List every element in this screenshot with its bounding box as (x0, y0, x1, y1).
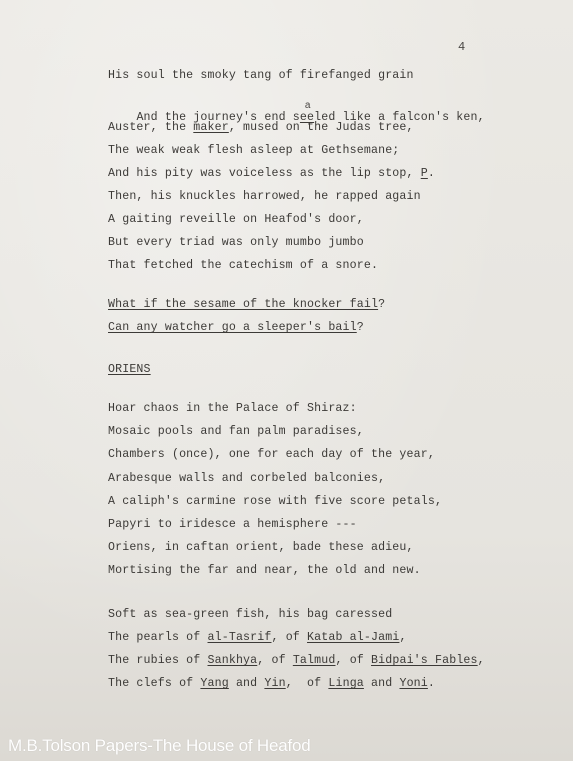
poem-line: Arabesque walls and corbeled balconies, (108, 472, 385, 485)
poem-line: The pearls of al-Tasrif, of Katab al-Jam… (108, 631, 407, 644)
poem-line: And his pity was voiceless as the lip st… (108, 167, 435, 180)
poem-line: Then, his knuckles harrowed, he rapped a… (108, 190, 421, 203)
couplet-line: What if the sesame of the knocker fail? (108, 298, 385, 311)
underlined-word: P (421, 167, 428, 180)
underlined-title: al-Tasrif (208, 631, 272, 644)
text-segment: . (428, 677, 435, 690)
underlined-word: Yang (200, 677, 228, 690)
text-segment: . (428, 167, 435, 180)
underlined-phrase: What if the sesame of the knocker fail (108, 298, 378, 311)
poem-line: Mortising the far and near, the old and … (108, 564, 421, 577)
poem-line: Papyri to iridesce a hemisphere --- (108, 518, 357, 531)
text-segment: , of (335, 654, 371, 667)
poem-line: Oriens, in caftan orient, bade these adi… (108, 541, 414, 554)
underlined-word: Yoni (399, 677, 427, 690)
underlined-phrase: Can any watcher go a sleeper's bail (108, 321, 357, 334)
handwritten-insertion: a (305, 100, 311, 111)
couplet-line: Can any watcher go a sleeper's bail? (108, 321, 364, 334)
text-segment: ? (357, 321, 364, 334)
underlined-word: maker (193, 121, 229, 134)
text-segment: , (478, 654, 485, 667)
poem-line: Hoar chaos in the Palace of Shiraz: (108, 402, 357, 415)
text-segment: The rubies of (108, 654, 208, 667)
poem-line: The weak weak flesh asleep at Gethsemane… (108, 144, 399, 157)
poem-line: Mosaic pools and fan palm paradises, (108, 425, 364, 438)
poem-line: But every triad was only mumbo jumbo (108, 236, 364, 249)
poem-line: The clefs of Yang and Yin, of Linga and … (108, 677, 435, 690)
archive-caption: M.B.Tolson Papers-The House of Heafod (8, 736, 311, 756)
poem-line: His soul the smoky tang of firefanged gr… (108, 69, 414, 82)
text-segment: and (229, 677, 265, 690)
text-segment: The pearls of (108, 631, 208, 644)
text-segment: ? (378, 298, 385, 311)
text-segment: Auster, the (108, 121, 193, 134)
poem-line: A caliph's carmine rose with five score … (108, 495, 442, 508)
poem-line: Soft as sea-green fish, his bag caressed (108, 608, 392, 621)
text-segment: And his pity was voiceless as the lip st… (108, 167, 421, 180)
section-title: ORIENS (108, 363, 151, 376)
underlined-title: Sankhya (208, 654, 258, 667)
text-segment: and (364, 677, 400, 690)
poem-line: A gaiting reveille on Heafod's door, (108, 213, 364, 226)
underlined-title: Talmud (293, 654, 336, 667)
text-segment: , of (286, 677, 329, 690)
text-segment: , of (271, 631, 307, 644)
poem-line: Chambers (once), one for each day of the… (108, 448, 435, 461)
poem-line: Auster, the maker, mused on the Judas tr… (108, 121, 414, 134)
poem-line: That fetched the catechism of a snore. (108, 259, 378, 272)
text-segment: The clefs of (108, 677, 200, 690)
underlined-word: Linga (328, 677, 364, 690)
text-segment: , mused on the Judas tree, (229, 121, 414, 134)
underlined-word: Yin (264, 677, 285, 690)
underlined-title: Bidpai's Fables (371, 654, 478, 667)
underlined-title: Katab al-Jami (307, 631, 399, 644)
page-number: 4 (458, 40, 465, 54)
typewritten-page: 4 His soul the smoky tang of firefanged … (0, 0, 573, 761)
poem-line: The rubies of Sankhya, of Talmud, of Bid… (108, 654, 485, 667)
text-segment: , (399, 631, 406, 644)
text-segment: , of (257, 654, 293, 667)
